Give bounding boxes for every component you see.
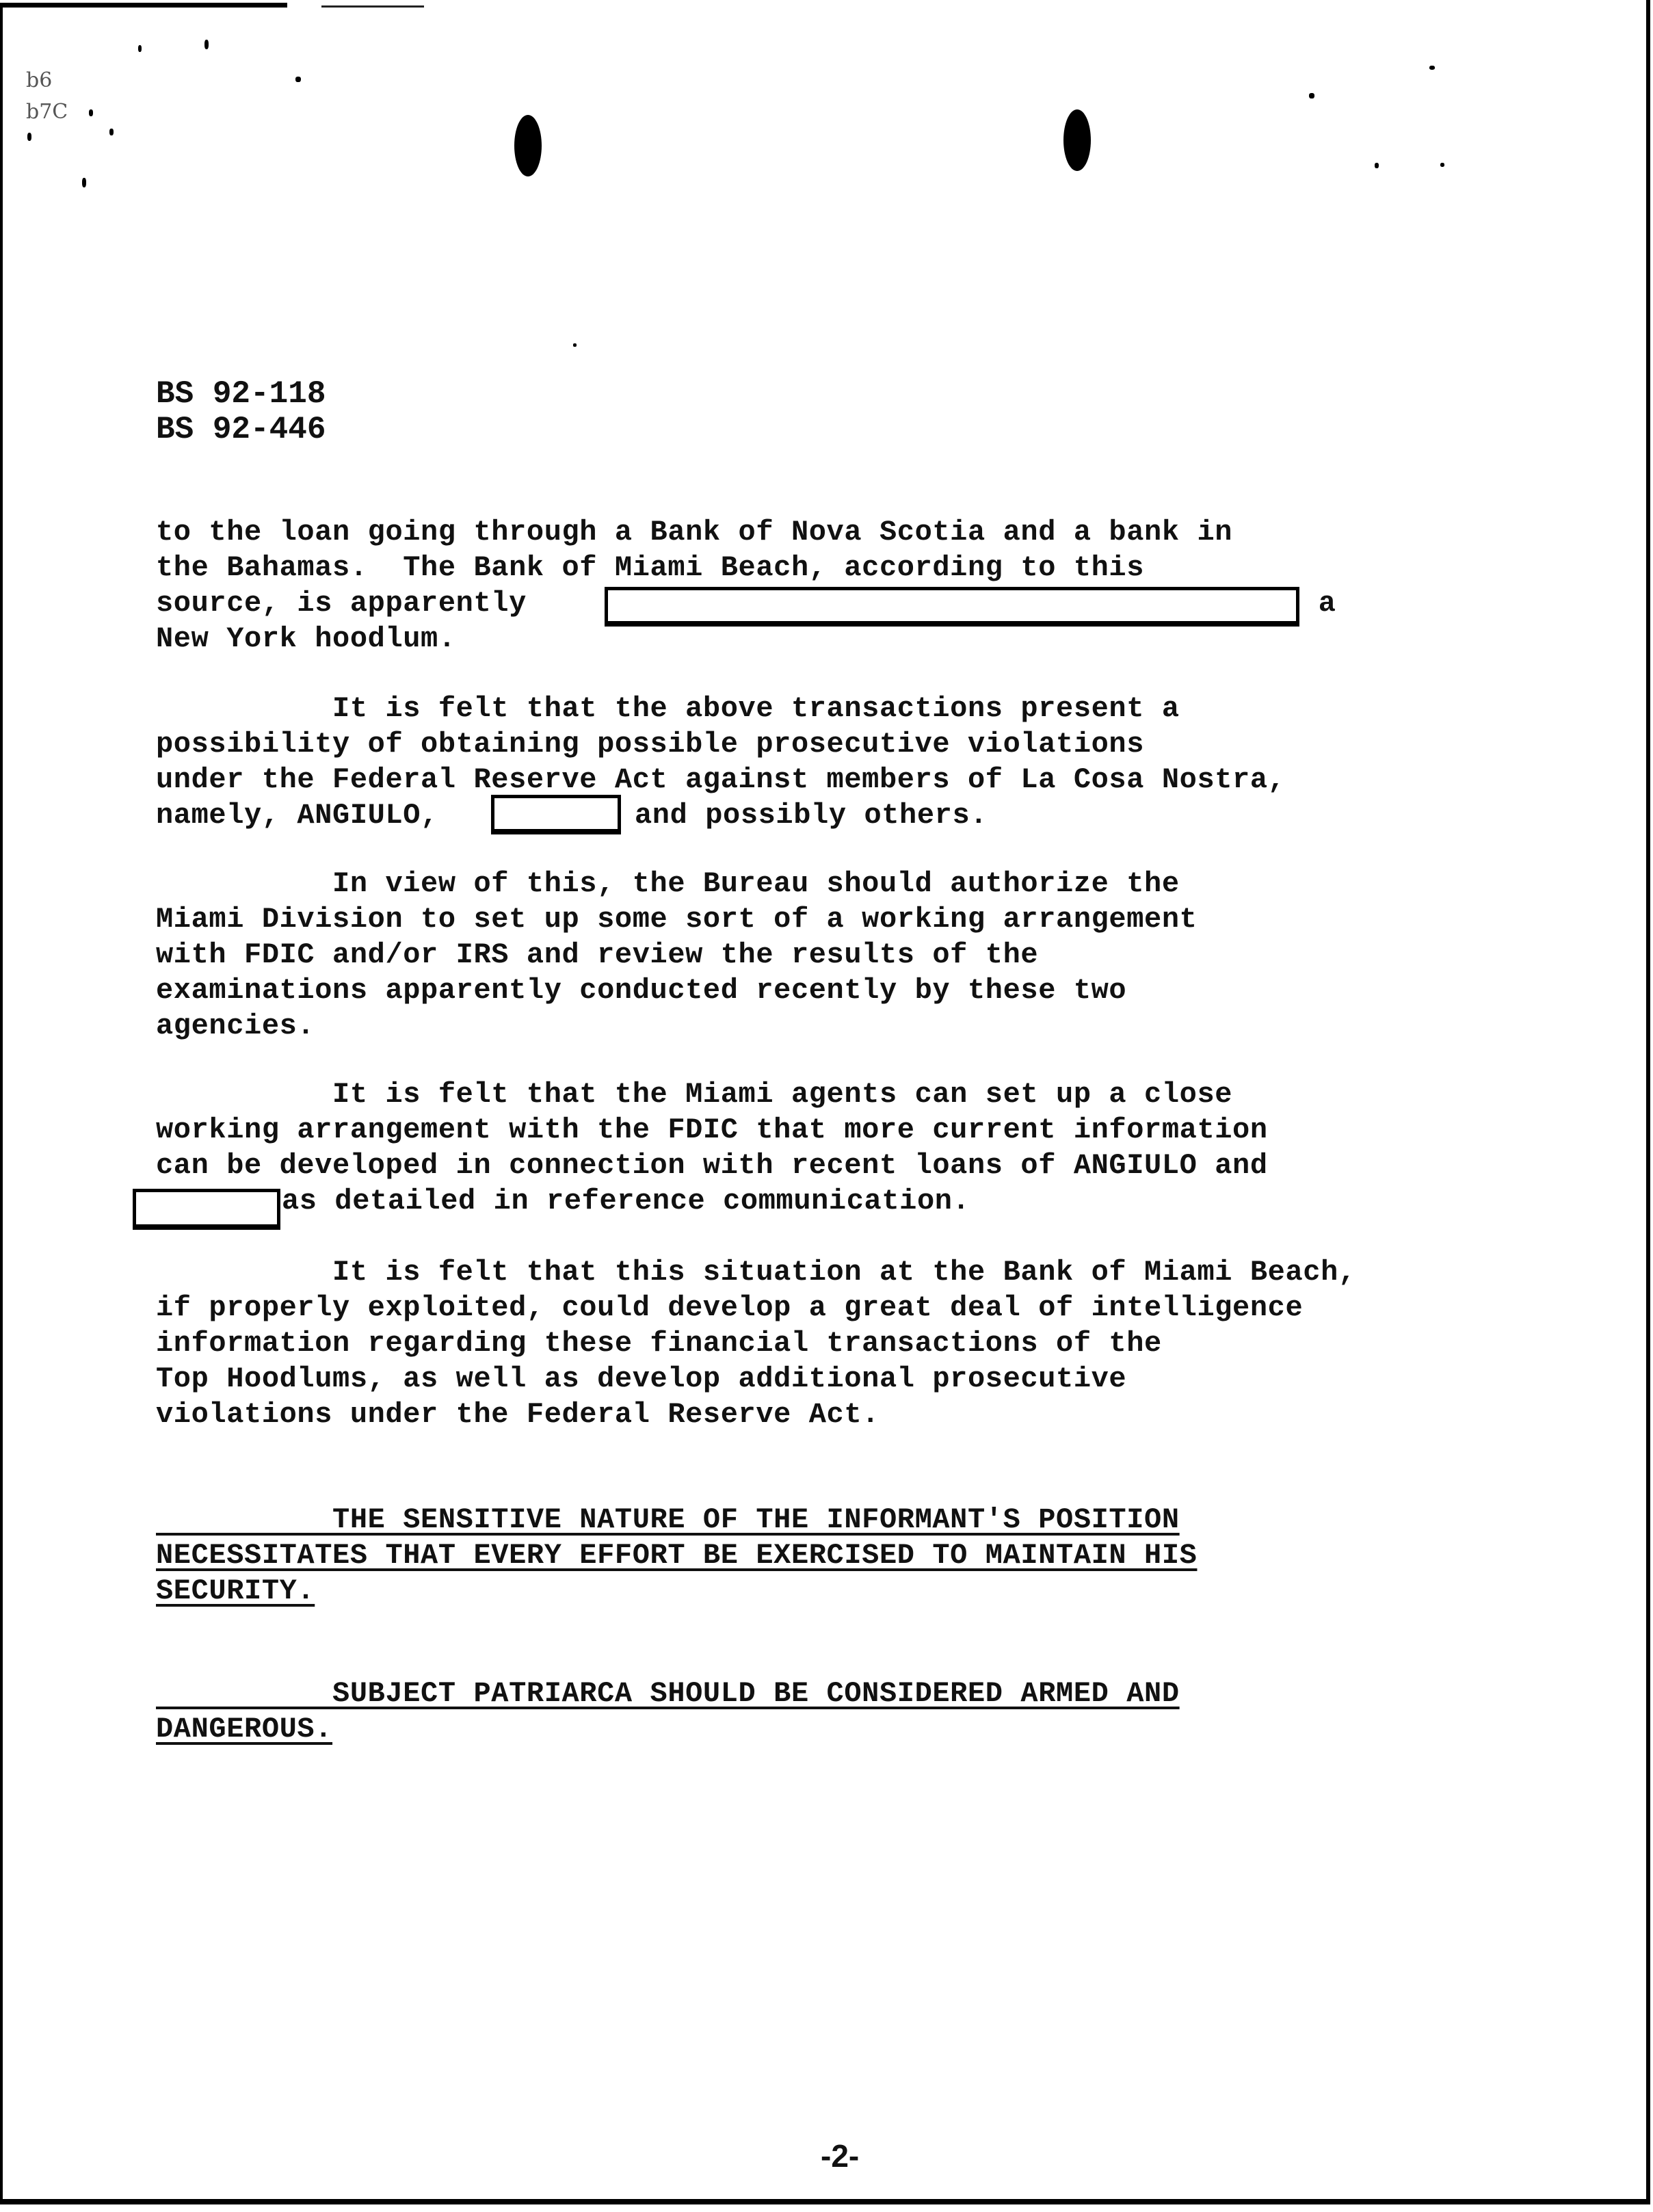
paragraph-2-line-3: under the Federal Reserve Act against me…: [156, 762, 1285, 798]
paragraph-3-line-5: agencies.: [156, 1008, 315, 1044]
security-warning-line-2: NECESSITATES THAT EVERY EFFORT BE EXERCI…: [156, 1538, 1197, 1573]
armed-warning-line-1: SUBJECT PATRIARCA SHOULD BE CONSIDERED A…: [156, 1677, 1180, 1710]
scan-speck: [1440, 163, 1444, 167]
armed-warning-line-2: DANGEROUS.: [156, 1711, 332, 1747]
paragraph-5-line-2: if properly exploited, could develop a g…: [156, 1290, 1303, 1326]
scan-speck: [204, 40, 209, 49]
paragraph-2-line-4-suffix: and possibly others.: [635, 798, 988, 833]
paragraph-5-line-3: information regarding these financial tr…: [156, 1326, 1162, 1361]
redaction-box-2: [491, 795, 621, 834]
paragraph-2-line-4: namely, ANGIULO,: [156, 798, 438, 833]
scan-speck: [1375, 163, 1379, 168]
paragraph-1-line-4: New York hoodlum.: [156, 621, 456, 657]
security-warning-line-1-indent: THE SENSITIVE NATURE OF THE INFORMANT'S …: [156, 1502, 1180, 1538]
exemption-code-b7c: b7C: [26, 100, 68, 124]
scan-speck: [1429, 66, 1435, 70]
redaction-box-3: [133, 1189, 280, 1230]
paragraph-1-line-1: to the loan going through a Bank of Nova…: [156, 514, 1232, 550]
scan-edge-bottom: [0, 2199, 1650, 2204]
paragraph-5-line-1: It is felt that this situation at the Ba…: [156, 1254, 1356, 1290]
paragraph-1-line-3-suffix: a: [1301, 585, 1336, 621]
hole-punch-left: [514, 115, 542, 176]
scan-speck: [1309, 93, 1314, 98]
file-reference-2: BS 92-446: [156, 412, 326, 447]
paragraph-2-line-1: It is felt that the above transactions p…: [156, 691, 1180, 726]
paragraph-3-line-4: examinations apparently conducted recent…: [156, 973, 1126, 1008]
paragraph-5-line-4: Top Hoodlums, as well as develop additio…: [156, 1361, 1126, 1397]
scan-speck: [82, 178, 86, 187]
scan-speck: [109, 129, 114, 135]
paragraph-3-line-1: In view of this, the Bureau should autho…: [156, 866, 1180, 901]
armed-warning-line-1-wrap: SUBJECT PATRIARCA SHOULD BE CONSIDERED A…: [156, 1676, 1180, 1711]
scan-speck: [138, 45, 142, 52]
scan-speck: [295, 77, 301, 82]
page-number: -2-: [821, 2137, 859, 2174]
paragraph-4-line-3: can be developed in connection with rece…: [156, 1148, 1268, 1183]
paragraph-3-line-2: Miami Division to set up some sort of a …: [156, 901, 1197, 937]
paragraph-5-line-5: violations under the Federal Reserve Act…: [156, 1397, 880, 1432]
file-reference-1: BS 92-118: [156, 376, 326, 412]
scan-speck: [27, 133, 31, 141]
document-page: b6 b7C BS 92-118 BS 92-446 to the loan g…: [0, 0, 1653, 2212]
scan-speck: [573, 343, 577, 347]
scan-edge-right: [1646, 0, 1650, 2204]
paragraph-4-line-4: as detailed in reference communication.: [282, 1183, 970, 1219]
hole-punch-right: [1063, 109, 1091, 171]
paragraph-3-line-3: with FDIC and/or IRS and review the resu…: [156, 937, 1038, 973]
scan-edge-left: [0, 5, 3, 2204]
paragraph-1-line-3: source, is apparently: [156, 585, 527, 621]
paragraph-2-line-2: possibility of obtaining possible prosec…: [156, 726, 1144, 762]
scan-edge-top-fragment: [321, 5, 424, 8]
paragraph-4-line-2: working arrangement with the FDIC that m…: [156, 1112, 1268, 1148]
paragraph-4-line-1: It is felt that the Miami agents can set…: [156, 1077, 1232, 1112]
exemption-code-b6: b6: [26, 68, 52, 92]
scan-edge-top: [0, 3, 287, 8]
redaction-box-1: [605, 587, 1299, 627]
security-warning-line-1: THE SENSITIVE NATURE OF THE INFORMANT'S …: [156, 1503, 1180, 1536]
scan-speck: [89, 109, 93, 116]
security-warning-line-3: SECURITY.: [156, 1573, 315, 1609]
paragraph-1-line-2: the Bahamas. The Bank of Miami Beach, ac…: [156, 550, 1144, 585]
